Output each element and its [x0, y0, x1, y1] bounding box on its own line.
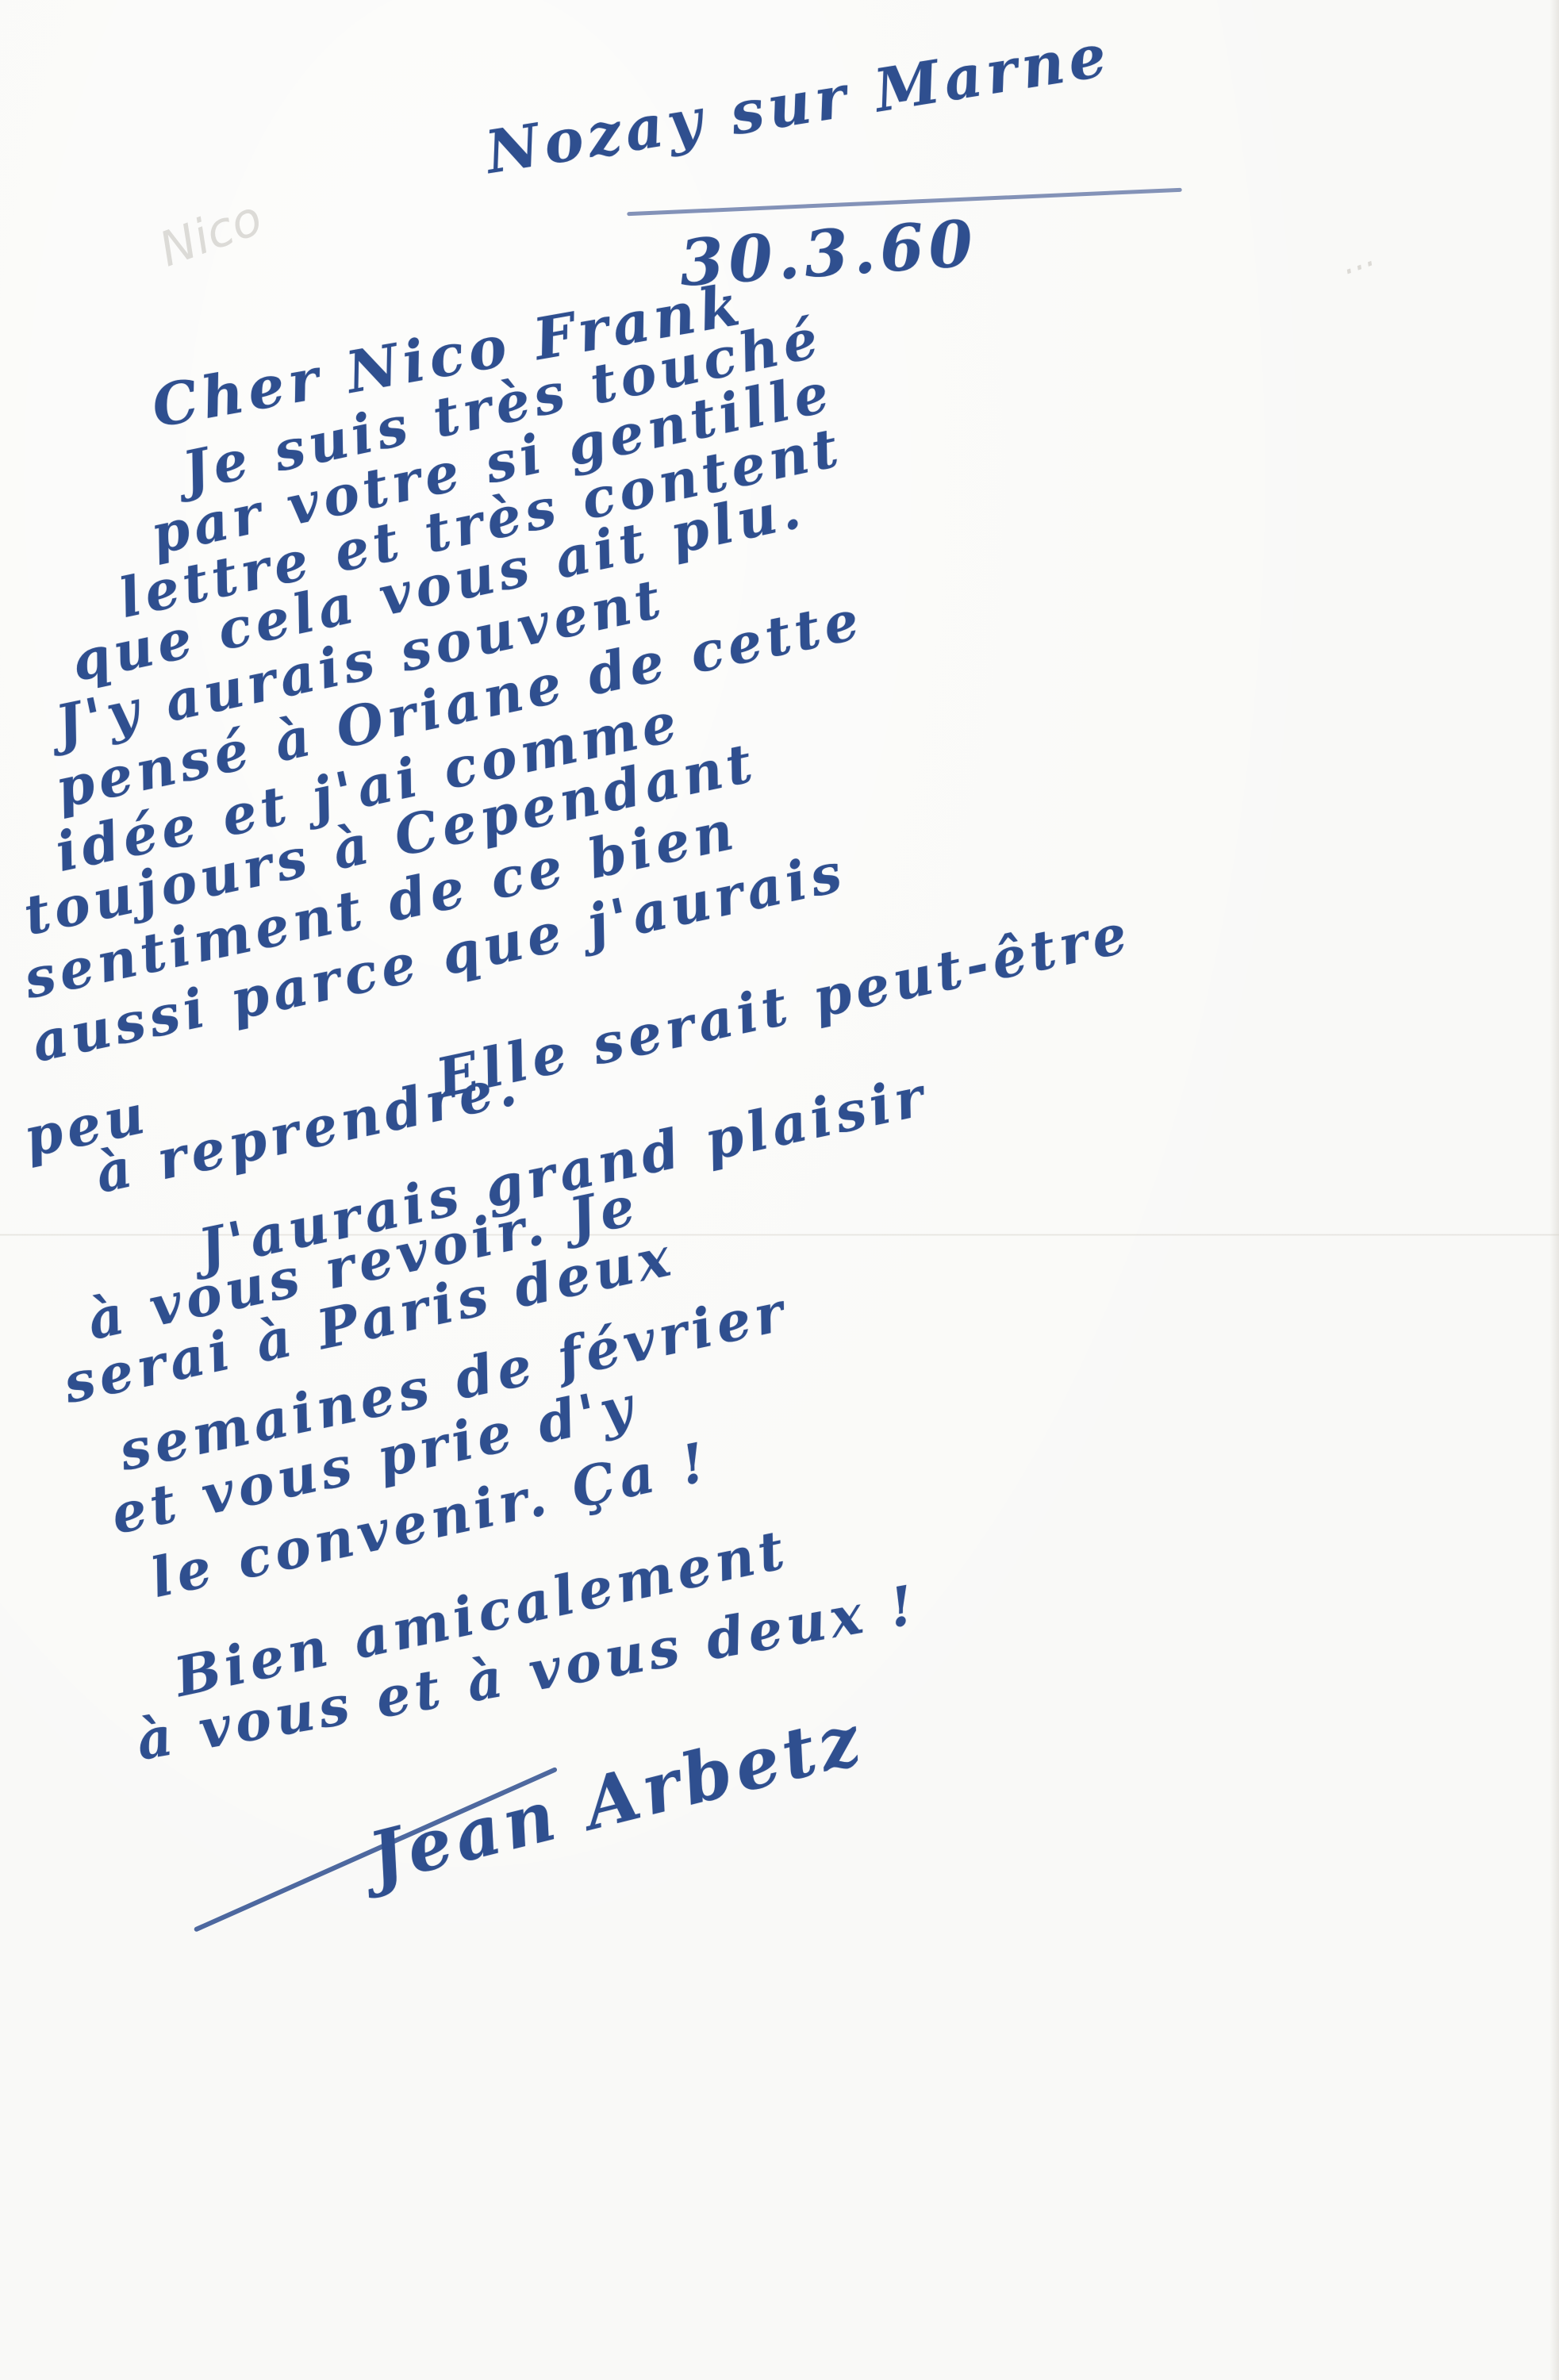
paper-edge — [1549, 0, 1559, 2380]
